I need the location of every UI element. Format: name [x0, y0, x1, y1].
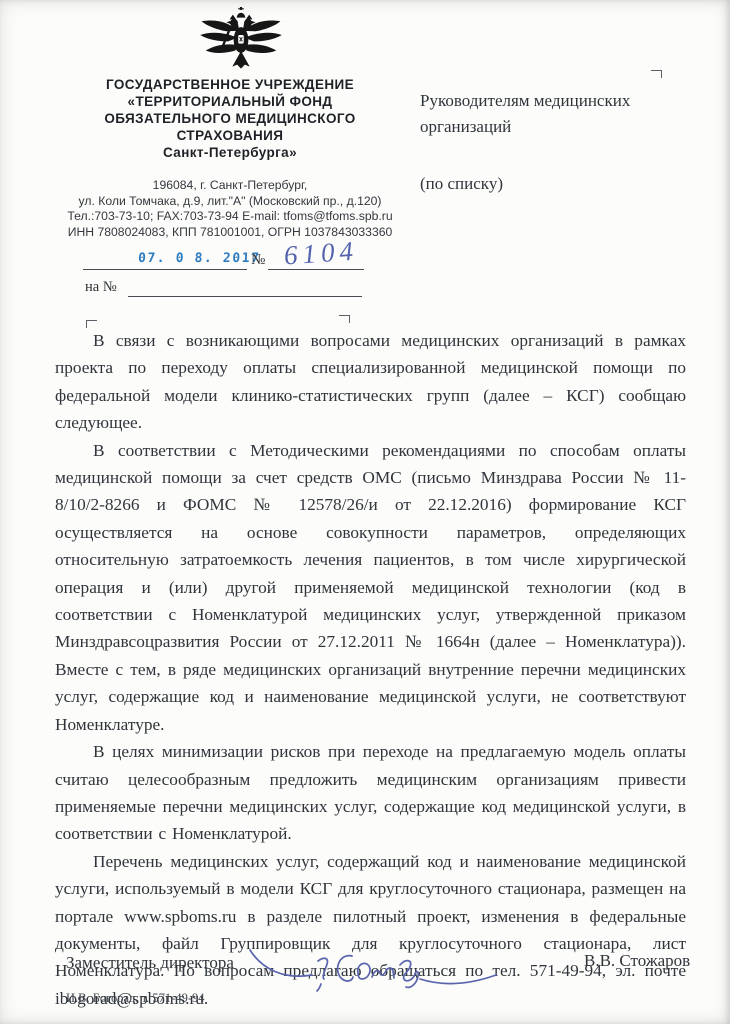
org-line: ОБЯЗАТЕЛЬНОГО МЕДИЦИНСКОГО — [28, 110, 432, 127]
coat-of-arms-eagle-icon — [193, 7, 289, 73]
address-line: ИНН 7808024083, КПП 781001001, ОГРН 1037… — [24, 225, 436, 241]
letter-body: В связи с возникающими вопросами медицин… — [55, 327, 686, 1012]
handwritten-signature — [248, 942, 498, 1000]
addressee-line: организаций — [420, 114, 670, 140]
org-line: «ТЕРРИТОРИАЛЬНЫЙ ФОНД — [28, 93, 432, 110]
signer-name: В.В. Стожаров — [584, 951, 690, 971]
body-paragraph: В связи с возникающими вопросами медицин… — [55, 327, 686, 437]
number-underline — [268, 269, 364, 270]
address-line: ул. Коли Томчака, д.9, лит."А" (Московск… — [24, 194, 436, 210]
body-paragraph: В целях минимизации рисков при переходе … — [55, 738, 686, 848]
scanned-letter-page: ГОСУДАРСТВЕННОЕ УЧРЕЖДЕНИЕ «ТЕРРИТОРИАЛЬ… — [0, 0, 730, 1024]
corner-mark — [651, 70, 662, 78]
reply-to-label: на № — [85, 279, 117, 296]
org-address-block: 196084, г. Санкт-Петербург, ул. Коли Том… — [24, 178, 436, 240]
executor-contact: И.В. Богорад, т. 571-49-94 — [66, 991, 205, 1006]
address-line: Тел.:703-73-10; FAX:703-73-94 E-mail: tf… — [24, 209, 436, 225]
number-label: № — [251, 252, 265, 269]
date-underline — [83, 269, 247, 270]
corner-mark — [339, 315, 350, 323]
addressee-block: Руководителям медицинских организаций (п… — [420, 88, 670, 197]
reply-underline — [128, 296, 362, 297]
signer-position: Заместитель директора — [66, 953, 234, 973]
addressee-line: (по списку) — [420, 171, 670, 197]
org-line: СТРАХОВАНИЯ — [28, 127, 432, 144]
org-line: ГОСУДАРСТВЕННОЕ УЧРЕЖДЕНИЕ — [28, 76, 432, 93]
addressee-line: Руководителям медицинских — [420, 88, 670, 114]
body-paragraph: В соответствии с Методическими рекоменда… — [55, 437, 686, 738]
org-line: Санкт-Петербурга» — [28, 144, 432, 161]
handwritten-outgoing-number: 6104 — [283, 235, 359, 271]
address-line: 196084, г. Санкт-Петербург, — [24, 178, 436, 194]
date-stamp: 07. 0 8. 2017 — [138, 251, 261, 266]
organization-name-block: ГОСУДАРСТВЕННОЕ УЧРЕЖДЕНИЕ «ТЕРРИТОРИАЛЬ… — [28, 76, 432, 161]
